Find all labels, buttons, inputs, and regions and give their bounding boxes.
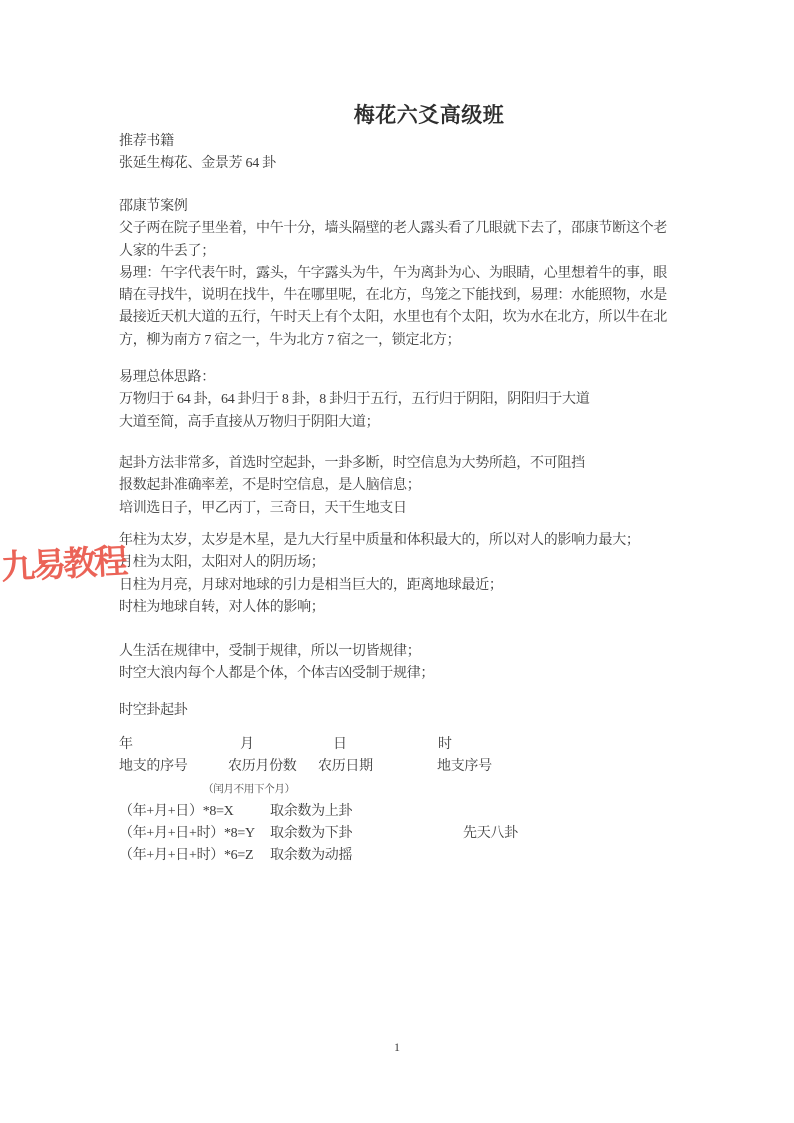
cell-hour-branch: 地支序号	[437, 756, 492, 778]
col-day: 日	[333, 734, 347, 756]
body-line: 年柱为太岁，太岁是木星，是九大行星中质量和体积最大的，所以对人的影响力最大；	[119, 530, 640, 552]
body-line: 最接近天机大道的五行，午时天上有个太阳，水里也有个太阳，坎为水在北方，所以牛在北	[119, 307, 667, 329]
table-header-row: 年 月 日 时	[0, 734, 794, 756]
body-line: 人生活在规律中，受制于规律，所以一切皆规律；	[119, 641, 434, 663]
table-row: 地支的序号 农历月份数 农历日期 地支序号	[0, 756, 794, 778]
formula-row: （年+月+日+时）*8=Y 取余数为下卦 先天八卦	[0, 823, 794, 845]
formula-result: 取余数为上卦	[270, 801, 352, 823]
formula-expr: （年+月+日）*8=X	[119, 801, 234, 823]
cell-year-branch: 地支的序号	[119, 756, 188, 778]
col-year: 年	[119, 734, 133, 756]
body-line: 大道至简，高手直接从万物归于阴阳大道；	[119, 412, 589, 434]
body-line: 易理：午字代表午时，露头，午字露头为牛，午为离卦为心、为眼睛，心里想着牛的事，眼	[119, 263, 667, 285]
body-line: 报数起卦准确率差，不是时空信息，是人脑信息；	[119, 475, 585, 497]
body-line: 父子两在院子里坐着，中午十分，墙头隔壁的老人露头看了几眼就下去了，邵康节断这个老	[119, 218, 667, 240]
formula-result: 取余数为下卦	[270, 823, 352, 845]
formula-row: （年+月+日）*8=X 取余数为上卦	[0, 801, 794, 823]
formula-expr: （年+月+日+时）*6=Z	[119, 845, 253, 867]
section-yili: 易理总体思路： 万物归于 64 卦，64 卦归于 8 卦，8 卦归于五行，五行归…	[119, 367, 589, 434]
cell-lunar-day: 农历日期	[318, 756, 373, 778]
table-note-row: （闰月不用下个月）	[0, 779, 794, 801]
section-case: 邵康节案例 父子两在院子里坐着，中午十分，墙头隔壁的老人露头看了几眼就下去了，邵…	[119, 196, 667, 352]
body-line: 时空大浪内每个人都是个体，个体吉凶受制于规律；	[119, 663, 434, 685]
body-line: 时柱为地球自转，对人体的影响；	[119, 597, 640, 619]
page-number: 1	[0, 1040, 794, 1055]
col-hour: 时	[438, 734, 452, 756]
formula-row: （年+月+日+时）*6=Z 取余数为动摇	[0, 845, 794, 867]
section-pillars: 年柱为太岁，太岁是木星，是九大行星中质量和体积最大的，所以对人的影响力最大； 月…	[119, 530, 640, 619]
section-shikong-heading: 时空卦起卦	[119, 700, 188, 722]
body-line: 张延生梅花、金景芳 64 卦	[119, 153, 276, 175]
formula-expr: （年+月+日+时）*8=Y	[119, 823, 255, 845]
body-line: 日柱为月亮，月球对地球的引力是相当巨大的，距离地球最近；	[119, 575, 640, 597]
cell-lunar-month: 农历月份数	[228, 756, 297, 778]
body-line: 方，柳为南方 7 宿之一，牛为北方 7 宿之一，锁定北方；	[119, 330, 667, 352]
document-title: 梅花六爻高级班	[119, 99, 739, 129]
section-books: 推荐书籍 张延生梅花、金景芳 64 卦	[119, 131, 276, 176]
body-line: 睛在寻找牛，说明在找牛，牛在哪里呢，在北方，鸟笼之下能找到，易理：水能照物，水是	[119, 285, 667, 307]
formula-side-note: 先天八卦	[463, 823, 518, 845]
body-line: 人家的牛丢了；	[119, 241, 667, 263]
leap-month-note: （闰月不用下个月）	[203, 779, 295, 801]
section-yili-heading: 易理总体思路：	[119, 367, 589, 389]
body-line: 起卦方法非常多，首选时空起卦，一卦多断，时空信息为大势所趋，不可阻挡	[119, 453, 585, 475]
body-line: 培训选日子，甲乙丙丁，三奇日，天干生地支日	[119, 498, 585, 520]
section-shikong: 时空卦起卦	[119, 700, 188, 722]
section-rules: 人生活在规律中，受制于规律，所以一切皆规律； 时空大浪内每个人都是个体，个体吉凶…	[119, 641, 434, 686]
col-month: 月	[240, 734, 254, 756]
formula-result: 取余数为动摇	[270, 845, 352, 867]
body-line: 万物归于 64 卦，64 卦归于 8 卦，8 卦归于五行，五行归于阴阳，阴阳归于…	[119, 389, 589, 411]
gua-table: 年 月 日 时 地支的序号 农历月份数 农历日期 地支序号 （闰月不用下个月） …	[0, 734, 794, 868]
section-books-heading: 推荐书籍	[119, 131, 276, 153]
section-case-heading: 邵康节案例	[119, 196, 667, 218]
section-qigua: 起卦方法非常多，首选时空起卦，一卦多断，时空信息为大势所趋，不可阻挡 报数起卦准…	[119, 453, 585, 520]
body-line: 月柱为太阳，太阳对人的阴历场；	[119, 552, 640, 574]
document-page: 梅花六爻高级班 推荐书籍 张延生梅花、金景芳 64 卦 邵康节案例 父子两在院子…	[0, 0, 794, 1123]
watermark: 九易教程	[0, 534, 126, 589]
